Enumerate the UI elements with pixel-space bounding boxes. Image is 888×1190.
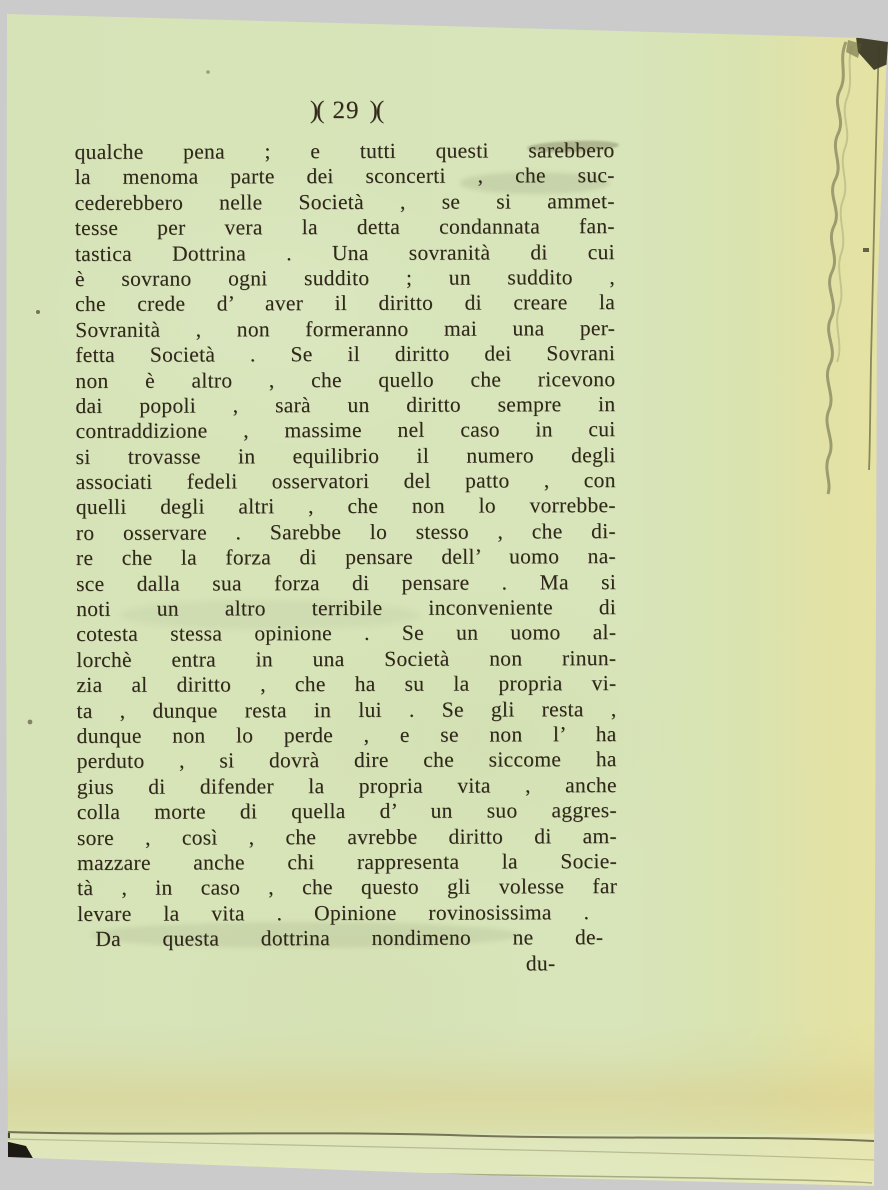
paper-speck — [206, 70, 210, 74]
text-line: zia al diritto , che ha su la propria vi… — [76, 671, 616, 698]
text-line: è sovrano ogni suddito ; un suddito , — [75, 265, 615, 292]
text-line: dunque non lo perde , e se non l’ ha — [77, 722, 617, 749]
text-line: che crede d’ aver il diritto di creare l… — [75, 290, 615, 317]
paper-speck — [36, 310, 40, 314]
bottom-foredge-stain — [0, 1058, 888, 1132]
text-line: tastica Dottrina . Una sovranità di cui — [75, 240, 615, 267]
text-line: qualche pena ; e tutti questi sarebbero — [75, 138, 615, 165]
text-line: tà , in caso , che questo gli volesse fa… — [77, 874, 617, 901]
text-line: levare la vita . Opinione rovinosissima … — [77, 900, 617, 927]
catchword: du- — [77, 951, 617, 978]
page-edge-line — [869, 46, 879, 470]
text-line: gius di difender la propria vita , anche — [77, 773, 617, 800]
text-line: Da questa dottrina nondimeno ne de- — [77, 925, 617, 952]
text-line: sce dalla sua forza di pensare . Ma si — [76, 570, 616, 597]
page-number: 29 — [333, 97, 360, 124]
text-line: associati fedeli osservatori del patto ,… — [76, 468, 616, 495]
corner-dark-patch — [856, 37, 888, 70]
text-line: colla morte di quella d’ un suo aggres- — [77, 798, 617, 825]
text-block: qualche pena ; e tutti questi sarebbero … — [75, 138, 618, 978]
text-line: non è altro , che quello che ricevono — [75, 367, 615, 394]
book-page-scan: )(29)( qualche pena ; e tutti questi sar… — [0, 0, 888, 1190]
text-line: dai popoli , sarà un diritto sempre in — [75, 392, 615, 419]
text-line: fetta Società . Se il diritto dei Sovran… — [75, 341, 615, 368]
text-line: perduto , si dovrà dire che siccome ha — [77, 747, 617, 774]
text-line: quelli degli altri , che non lo vorrebbe… — [76, 494, 616, 521]
text-line: ta , dunque resta in lui . Se gli resta … — [76, 697, 616, 724]
paper-speck — [28, 720, 33, 725]
text-line: Sovranità , non formeranno mai una per- — [75, 316, 615, 343]
text-line: la menoma parte dei sconcerti , che suc- — [75, 163, 615, 190]
edge-speck — [863, 248, 869, 252]
text-line: ro osservare . Sarebbe lo stesso , che d… — [76, 519, 616, 546]
paper-sheet: )(29)( qualche pena ; e tutti questi sar… — [0, 0, 888, 1190]
text-line: re che la forza di pensare dell’ uomo na… — [76, 544, 616, 571]
text-line: noti un altro terribile inconveniente di — [76, 595, 616, 622]
corner-dark-patch — [846, 40, 862, 58]
text-line: mazzare anche chi rappresenta la Socie- — [77, 849, 617, 876]
text-line: contraddizione , massime nel caso in cui — [76, 417, 616, 444]
text-line: si trovasse in equilibrio il numero degl… — [76, 443, 616, 470]
text-line: cotesta stessa opinione . Se un uomo al- — [76, 620, 616, 647]
header-ornament-right: )( — [360, 97, 393, 124]
crinkle-fold-line — [837, 46, 852, 362]
page-header: )(29)( — [76, 97, 616, 125]
text-line: tesse per vera la detta condannata fan- — [75, 214, 615, 241]
header-ornament-left: )( — [300, 97, 333, 124]
crinkle-fold-line — [827, 42, 846, 494]
text-line: sore , così , che avrebbe diritto di am- — [77, 824, 617, 851]
text-line: lorchè entra in una Società non rinun- — [76, 646, 616, 673]
text-line: cederebbero nelle Società , se si ammet- — [75, 189, 615, 216]
under-page-band — [0, 1134, 888, 1188]
